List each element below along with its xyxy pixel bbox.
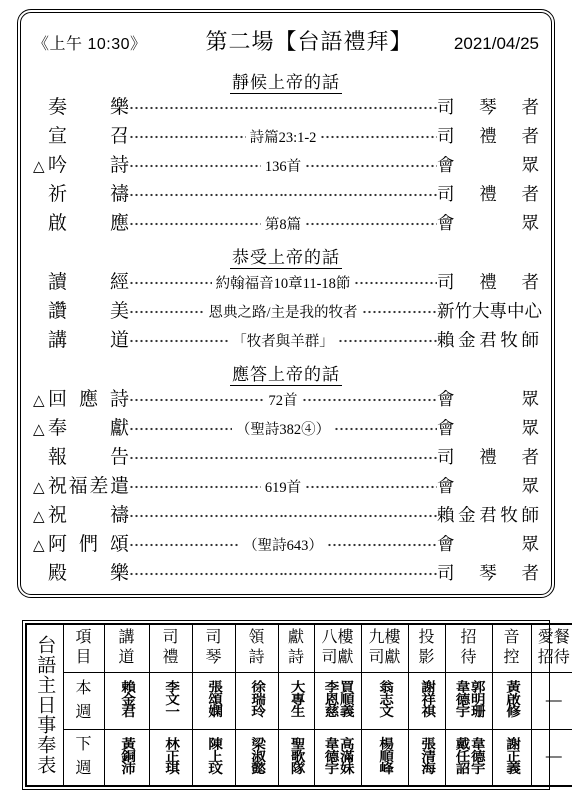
col-header-item: 項 目	[63, 624, 104, 672]
dot-leader	[354, 279, 437, 287]
dot-leader	[283, 104, 437, 112]
cell-dash: —	[531, 672, 572, 729]
dot-leader	[129, 220, 261, 228]
table-side-title-cell: 台語主日事奉表	[26, 624, 63, 786]
cell-name: 張頌嫻	[192, 672, 235, 729]
item-role: 會眾	[437, 420, 539, 438]
liturgy-item: 奏樂 司琴者	[33, 93, 539, 122]
item-role: 司禮者	[437, 128, 539, 146]
item-role: 會眾	[437, 391, 539, 409]
item-detail: 詩篇23:1-2	[246, 126, 321, 147]
item-role: 司禮者	[437, 449, 539, 467]
item-label-block: △阿們頌	[33, 535, 129, 554]
item-label-block: △回應詩	[33, 390, 129, 409]
item-role: 會眾	[437, 478, 539, 496]
person-name: 陳上玟	[206, 736, 221, 773]
cell-name: 梁淑懿	[235, 729, 278, 786]
dot-leader	[129, 279, 212, 287]
item-label: 讀經	[48, 273, 129, 292]
item-label-block: △奉獻	[33, 419, 129, 438]
liturgy-item: 報告 司禮者	[33, 443, 539, 472]
item-label: 講道	[48, 331, 129, 350]
dot-leader	[305, 483, 437, 491]
triangle-prefix: △	[33, 157, 48, 175]
duty-header-row: 台語主日事奉表 項 目 講 道 司 禮 司 琴 領 詩 獻 詩 八樓 司獻 九樓…	[26, 624, 572, 672]
col-header-9f-offering: 九樓 司獻	[361, 624, 408, 672]
dot-leader	[129, 396, 265, 404]
liturgy-item: △吟詩 136首 會眾	[33, 151, 539, 180]
liturgy-item: △回應詩 72首 會眾	[33, 385, 539, 414]
item-role: 會眾	[437, 536, 539, 554]
cell-name: 黃銅沛	[104, 729, 149, 786]
item-label-block: 啟應	[33, 214, 129, 233]
item-label: 奉獻	[48, 419, 129, 438]
item-label: 宣召	[48, 127, 129, 146]
person-name: 謝祥祺	[419, 679, 434, 716]
item-label: 回應詩	[48, 390, 129, 409]
duty-roster-table-wrap: 台語主日事奉表 項 目 講 道 司 禮 司 琴 領 詩 獻 詩 八樓 司獻 九樓…	[22, 620, 550, 790]
liturgy-item: 講道 「牧者與羊群」 賴金君牧師	[33, 326, 539, 355]
dot-leader	[283, 191, 437, 199]
dot-leader	[305, 220, 437, 228]
dot-leader	[334, 425, 437, 433]
col-header-projection: 投 影	[408, 624, 445, 672]
item-label-block: △祝福差遣	[33, 477, 129, 496]
duty-row-this-week: 本 週 賴金君 李文一 張頌嫻 徐瑞玲 大專生 買順義 李恩慈 翁志文 謝祥祺 …	[26, 672, 572, 729]
person-name: 楊順峰	[377, 736, 392, 773]
item-label: 奏樂	[48, 98, 129, 117]
cell-name: 大專生	[278, 672, 314, 729]
item-label: 阿們頌	[48, 535, 129, 554]
item-label-block: 宣召	[33, 127, 129, 146]
dot-leader	[129, 570, 283, 578]
dot-leader	[129, 337, 228, 345]
item-label-block: 讚美	[33, 302, 129, 321]
cell-name: 賴金君	[104, 672, 149, 729]
item-detail: 恩典之路/主是我的牧者	[204, 301, 361, 322]
liturgy-item: 讚美 恩典之路/主是我的牧者 新竹大專中心	[33, 297, 539, 326]
section-heading-text: 恭受上帝的話	[230, 248, 342, 269]
cell-name: 陳上玟	[192, 729, 235, 786]
cell-name: 林正琪	[149, 729, 192, 786]
col-header-liturgist: 司 禮	[149, 624, 192, 672]
person-names: 郭明珊 韋德宇	[453, 679, 483, 716]
liturgy-item: △祝禱 賴金君牧師	[33, 501, 539, 530]
person-name: 張頌嫻	[206, 679, 221, 716]
item-label: 啟應	[48, 214, 129, 233]
item-label: 讚美	[48, 302, 129, 321]
person-name: 黃銅沛	[119, 736, 134, 773]
dot-leader	[283, 454, 437, 462]
person-name: 徐瑞玲	[249, 679, 264, 716]
item-label-block: 讀經	[33, 273, 129, 292]
item-role: 賴金君牧師	[437, 507, 539, 525]
liturgy-item: 啟應 第8篇 會眾	[33, 209, 539, 238]
liturgy-item: 祈禱 司禮者	[33, 180, 539, 209]
section-heading: 恭受上帝的話	[33, 238, 539, 268]
col-header-sermon: 講 道	[104, 624, 149, 672]
liturgy-item: 殿樂 司琴者	[33, 559, 539, 588]
person-names: 買順義 李恩慈	[322, 679, 352, 716]
row-label-this-week: 本 週	[63, 672, 104, 729]
item-detail: 136首	[261, 155, 305, 176]
person-name: 李文一	[163, 679, 178, 716]
cell-name: 李文一	[149, 672, 192, 729]
col-header-choir: 獻 詩	[278, 624, 314, 672]
item-role: 司禮者	[437, 186, 539, 204]
dot-leader	[129, 104, 283, 112]
triangle-prefix: △	[33, 478, 48, 496]
dot-leader	[302, 396, 438, 404]
section-heading: 應答上帝的話	[33, 355, 539, 385]
row-label-next-week: 下 週	[63, 729, 104, 786]
item-label-block: 報告	[33, 448, 129, 467]
item-detail: （聖詩643）	[239, 534, 327, 555]
item-detail: 約翰福音10章11-18節	[212, 272, 355, 293]
dot-leader	[362, 308, 437, 316]
person-name: 謝正義	[504, 736, 519, 773]
cell-dash: —	[531, 729, 572, 786]
liturgy-item: △祝福差遣 619首 會眾	[33, 472, 539, 501]
person-names: 韋德宇 戴任詔	[453, 736, 483, 773]
service-time: 《上午 10:30》	[33, 31, 183, 54]
dot-leader	[129, 454, 283, 462]
col-header-song-leader: 領 詩	[235, 624, 278, 672]
dot-leader	[129, 425, 232, 433]
triangle-prefix: △	[33, 507, 48, 525]
dot-leader	[283, 512, 437, 520]
cell-name: 郭明珊 韋德宇	[445, 672, 492, 729]
item-detail: 「牧者與羊群」	[228, 330, 338, 351]
item-label: 祝禱	[48, 506, 129, 525]
worship-order-inner: 《上午 10:30》 第二場【台語禮拜】 2021/04/25 靜候上帝的話 奏…	[20, 12, 552, 595]
duty-roster-table: 台語主日事奉表 項 目 講 道 司 禮 司 琴 領 詩 獻 詩 八樓 司獻 九樓…	[25, 623, 572, 787]
dot-leader	[129, 133, 246, 141]
dot-leader	[283, 570, 437, 578]
dot-leader	[305, 162, 437, 170]
item-label: 祈禱	[48, 185, 129, 204]
col-header-sound: 音 控	[492, 624, 531, 672]
item-label-block: △吟詩	[33, 156, 129, 175]
person-names: 高滿妹 韋德宇	[322, 736, 352, 773]
dot-leader	[129, 308, 204, 316]
triangle-prefix: △	[33, 420, 48, 438]
col-header-8f-offering: 八樓 司獻	[314, 624, 361, 672]
dot-leader	[129, 541, 239, 549]
person-name: 賴金君	[119, 679, 134, 716]
liturgy-item: △奉獻 （聖詩382④） 會眾	[33, 414, 539, 443]
duty-row-next-week: 下 週 黃銅沛 林正琪 陳上玟 梁淑懿 聖歌隊 高滿妹 韋德宇 楊順峰 張清海 …	[26, 729, 572, 786]
liturgy-item: △阿們頌 （聖詩643） 會眾	[33, 530, 539, 559]
table-side-title: 台語主日事奉表	[35, 633, 54, 777]
person-name: 梁淑懿	[249, 736, 264, 773]
dot-leader	[338, 337, 437, 345]
item-label: 祝福差遣	[48, 477, 129, 496]
col-header-pianist: 司 琴	[192, 624, 235, 672]
item-detail: （聖詩382④）	[232, 418, 334, 439]
person-name: 張清海	[419, 736, 434, 773]
triangle-prefix: △	[33, 391, 48, 409]
section-heading-text: 應答上帝的話	[230, 365, 342, 386]
liturgy-item: 讀經 約翰福音10章11-18節 司禮者	[33, 268, 539, 297]
item-label-block: 祈禱	[33, 185, 129, 204]
item-label: 報告	[48, 448, 129, 467]
item-role: 新竹大專中心	[437, 303, 539, 321]
dot-leader	[320, 133, 437, 141]
cell-name: 韋德宇 戴任詔	[445, 729, 492, 786]
person-name: 翁志文	[377, 679, 392, 716]
dot-leader	[327, 541, 437, 549]
cell-name: 翁志文	[361, 672, 408, 729]
triangle-prefix: △	[33, 536, 48, 554]
bulletin-header: 《上午 10:30》 第二場【台語禮拜】 2021/04/25	[33, 25, 539, 63]
col-header-meal-ushers: 愛餐 招待	[531, 624, 572, 672]
item-detail: 619首	[261, 476, 305, 497]
section-heading-text: 靜候上帝的話	[230, 73, 342, 94]
item-role: 司琴者	[437, 565, 539, 583]
cell-name: 黃啟修	[492, 672, 531, 729]
item-role: 司禮者	[437, 274, 539, 292]
service-date: 2021/04/25	[435, 34, 539, 54]
item-role: 司琴者	[437, 99, 539, 117]
item-label-block: 奏樂	[33, 98, 129, 117]
person-name: 林正琪	[163, 736, 178, 773]
item-detail: 第8篇	[261, 213, 305, 234]
col-header-ushers: 招 待	[445, 624, 492, 672]
bulletin-page: 《上午 10:30》 第二場【台語禮拜】 2021/04/25 靜候上帝的話 奏…	[0, 0, 572, 791]
item-label-block: △祝禱	[33, 506, 129, 525]
liturgy-item: 宣召 詩篇23:1-2 司禮者	[33, 122, 539, 151]
group-name: 大專生	[288, 679, 303, 716]
item-role: 會眾	[437, 157, 539, 175]
item-detail: 72首	[265, 389, 302, 410]
item-label-block: 講道	[33, 331, 129, 350]
cell-name: 高滿妹 韋德宇	[314, 729, 361, 786]
cell-name: 楊順峰	[361, 729, 408, 786]
dot-leader	[129, 512, 283, 520]
person-name: 黃啟修	[504, 679, 519, 716]
dot-leader	[129, 162, 261, 170]
worship-order-box: 《上午 10:30》 第二場【台語禮拜】 2021/04/25 靜候上帝的話 奏…	[17, 9, 555, 598]
section-heading: 靜候上帝的話	[33, 63, 539, 93]
cell-name: 聖歌隊	[278, 729, 314, 786]
item-label: 殿樂	[48, 564, 129, 583]
page-title: 第二場【台語禮拜】	[183, 25, 435, 56]
group-name: 聖歌隊	[288, 736, 303, 773]
cell-name: 謝祥祺	[408, 672, 445, 729]
cell-name: 謝正義	[492, 729, 531, 786]
cell-name: 徐瑞玲	[235, 672, 278, 729]
item-label: 吟詩	[48, 156, 129, 175]
item-label-block: 殿樂	[33, 564, 129, 583]
item-role: 會眾	[437, 215, 539, 233]
cell-name: 張清海	[408, 729, 445, 786]
dot-leader	[129, 191, 283, 199]
cell-name: 買順義 李恩慈	[314, 672, 361, 729]
item-role: 賴金君牧師	[437, 332, 539, 350]
dot-leader	[129, 483, 261, 491]
